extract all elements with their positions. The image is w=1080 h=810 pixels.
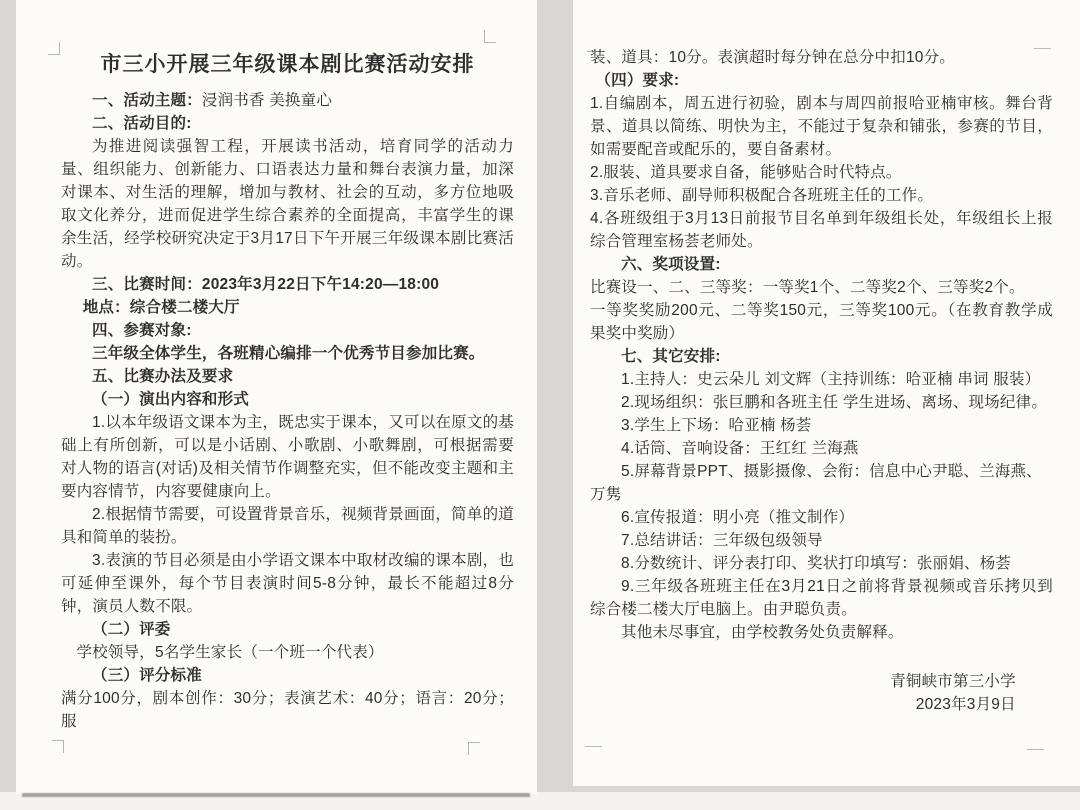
paragraph: 地点：综合楼二楼大厅 [61,296,514,319]
text-run: 1.以本年级语文课本为主，既忠实于课本，又可以在原文的基础上有所创新，可以是小话… [61,414,514,500]
paragraph: 为推进阅读强智工程，开展读书活动，培育同学的活动力量、组织能力、创新能力、口语表… [61,135,514,273]
text-run: 青铜峡市第三小学 [890,673,1016,690]
text-run: 2.服装、道具要求自备，能够贴合时代特点。 [590,164,902,181]
text-run: 1.自编剧本，周五进行初验，剧本与周四前报哈亚楠审核。舞台背景、道具以简练、明快… [590,95,1053,158]
text-run: 装、道具：10分。表演超时每分钟在总分中扣10分。 [590,49,955,66]
text-run: 五、比赛办法及要求 [92,368,233,385]
paragraph: 青铜峡市第三小学 [590,670,1053,693]
text-run: 2.现场组织：张巨鹏和各班主任 学生进场、离场、现场纪律。 [621,394,1047,411]
paragraph: 9.三年级各班班主任在3月21日之前将背景视频或音乐拷贝到综合楼二楼大厅电脑上。… [590,575,1053,621]
paragraph: 8.分数统计、评分表打印、奖状打印填写：张丽娟、杨荟 [590,552,1053,575]
text-run: 3.表演的节目必须是由小学语文课本中取材改编的课本剧，也可延伸至课外，每个节目表… [61,552,514,615]
document-page-1: 市三小开展三年级课本剧比赛活动安排一、活动主题：浸润书香 美换童心二、活动目的:… [16,0,537,794]
text-run: 3.学生上下场：哈亚楠 杨荟 [621,417,812,434]
text-run: 满分100分，剧本创作：30分；表演艺术：40分；语言：20分；服 [61,690,514,730]
page-2-text: 装、道具：10分。表演超时每分钟在总分中扣10分。（四）要求:1.自编剧本，周五… [590,46,1053,716]
paragraph: 一、活动主题：浸润书香 美换童心 [61,89,514,112]
paragraph: （四）要求: [590,69,1053,92]
paragraph: 一等奖奖励200元、二等奖150元，三等奖100元。（在教育教学成果奖中奖励） [590,299,1053,345]
text-run: （二）评委 [92,621,171,638]
text-run: 三、比赛时间：2023年3月22日下午14:20—18:00 [92,276,439,293]
paragraph: 7.总结讲话：三年级包级领导 [590,529,1053,552]
paragraph: 1.自编剧本，周五进行初验，剧本与周四前报哈亚楠审核。舞台背景、道具以简练、明快… [590,92,1053,161]
paragraph: 五、比赛办法及要求 [61,365,514,388]
text-run: 7.总结讲话：三年级包级领导 [621,532,823,549]
text-run: 比赛设一、二、三等奖：一等奖1个、二等奖2个、三等奖2个。 [590,279,1025,296]
text-run: 8.分数统计、评分表打印、奖状打印填写：张丽娟、杨荟 [621,555,1011,572]
text-run: 万隽 [590,486,621,503]
page-1-text: 市三小开展三年级课本剧比赛活动安排一、活动主题：浸润书香 美换童心二、活动目的:… [61,50,514,733]
text-run: 4.各班级组于3月13日前报节目名单到年级组长处，年级组长上报综合管理室杨荟老师… [590,210,1053,250]
paragraph: 6.宣传报道：明小亮（推文制作） [590,506,1053,529]
text-run: 5.屏幕背景PPT、摄影摄像、会衔：信息中心尹聪、兰海燕、 [621,463,1042,480]
text-run: 七、其它安排: [621,348,721,365]
text-run: 六、奖项设置: [621,256,721,273]
paragraph: 二、活动目的: [61,112,514,135]
text-run: 四、参赛对象: [92,322,192,339]
paragraph: 其他未尽事宜，由学校教务处负责解释。 [590,621,1053,644]
paragraph: 学校领导，5名学生家长（一个班一个代表） [61,641,514,664]
paragraph: 2.服装、道具要求自备，能够贴合时代特点。 [590,161,1053,184]
paragraph: 3.表演的节目必须是由小学语文课本中取材改编的课本剧，也可延伸至课外，每个节目表… [61,549,514,618]
text-run: 为推进阅读强智工程，开展读书活动，培育同学的活动力量、组织能力、创新能力、口语表… [61,138,514,270]
paragraph: 七、其它安排: [590,345,1053,368]
paragraph: （三）评分标准 [61,664,514,687]
paragraph: （二）评委 [61,618,514,641]
text-run: （四）要求: [595,72,679,89]
text-run: （一）演出内容和形式 [92,391,249,408]
document-title: 市三小开展三年级课本剧比赛活动安排 [61,50,514,80]
paragraph: 装、道具：10分。表演超时每分钟在总分中扣10分。 [590,46,1053,69]
crop-mark-bottom-right-icon [468,742,480,755]
paragraph: 4.话筒、音响设备：王红红 兰海燕 [590,437,1053,460]
crop-mark-bottom-left-icon [585,746,602,747]
paragraph: 2.根据情节需要，可设置背景音乐，视频背景画面，简单的道具和简单的装扮。 [61,503,514,549]
paragraph: 3.学生上下场：哈亚楠 杨荟 [590,414,1053,437]
paragraph: 1.主持人：史云朵儿 刘文辉（主持训练：哈亚楠 串词 服装） [590,368,1053,391]
text-run: 2.根据情节需要，可设置背景音乐，视频背景画面，简单的道具和简单的装扮。 [61,506,514,546]
text-run: 一等奖奖励200元、二等奖150元，三等奖100元。（在教育教学成果奖中奖励） [590,302,1053,342]
paragraph: （一）演出内容和形式 [61,388,514,411]
crop-mark-top-left-icon [48,42,60,55]
paragraph: 4.各班级组于3月13日前报节目名单到年级组长处，年级组长上报综合管理室杨荟老师… [590,207,1053,253]
text-run: 三年级全体学生，各班精心编排一个优秀节目参加比赛。 [92,345,485,362]
paragraph: 满分100分，剧本创作：30分；表演艺术：40分；语言：20分；服 [61,687,514,733]
text-run: 一、活动主题： [92,92,202,109]
paragraph: 六、奖项设置: [590,253,1053,276]
text-run: 2023年3月9日 [916,696,1016,713]
paragraph: 三年级全体学生，各班精心编排一个优秀节目参加比赛。 [61,342,514,365]
text-run: 6.宣传报道：明小亮（推文制作） [621,509,854,526]
text-run: 其他未尽事宜，由学校教务处负责解释。 [621,624,904,641]
text-run: 浸润书香 美换童心 [202,92,332,109]
crop-mark-bottom-right-icon [1027,749,1044,750]
paragraph: 1.以本年级语文课本为主，既忠实于课本，又可以在原文的基础上有所创新，可以是小话… [61,411,514,503]
crop-mark-bottom-left-icon [52,740,64,753]
document-page-2: 装、道具：10分。表演超时每分钟在总分中扣10分。（四）要求:1.自编剧本，周五… [573,0,1080,786]
paragraph: 3.音乐老师、副导师积极配合各班班主任的工作。 [590,184,1053,207]
paragraph: 2.现场组织：张巨鹏和各班主任 学生进场、离场、现场纪律。 [590,391,1053,414]
text-run: 市三小开展三年级课本剧比赛活动安排 [101,53,475,76]
page-bottom-shadow [22,793,530,797]
text-run: 地点：综合楼二楼大厅 [83,299,240,316]
paragraph: 三、比赛时间：2023年3月22日下午14:20—18:00 [61,273,514,296]
scanned-document-photo: { "colors": { "backdrop": "#d8d7d4", "pa… [0,0,1080,810]
paragraph: 5.屏幕背景PPT、摄影摄像、会衔：信息中心尹聪、兰海燕、 [590,460,1053,483]
text-run: 1.主持人：史云朵儿 刘文辉（主持训练：哈亚楠 串词 服装） [621,371,1040,388]
paragraph: 2023年3月9日 [590,693,1053,716]
crop-mark-top-right-icon [484,30,496,43]
paragraph: 四、参赛对象: [61,319,514,342]
text-run: 二、活动目的: [92,115,192,132]
text-run: 学校领导，5名学生家长（一个班一个代表） [77,644,384,661]
text-run: （三）评分标准 [92,667,202,684]
text-run: 4.话筒、音响设备：王红红 兰海燕 [621,440,859,457]
paragraph: 万隽 [590,483,1053,506]
text-run: 3.音乐老师、副导师积极配合各班班主任的工作。 [590,187,933,204]
paragraph: 比赛设一、二、三等奖：一等奖1个、二等奖2个、三等奖2个。 [590,276,1053,299]
text-run: 9.三年级各班班主任在3月21日之前将背景视频或音乐拷贝到综合楼二楼大厅电脑上。… [590,578,1053,618]
